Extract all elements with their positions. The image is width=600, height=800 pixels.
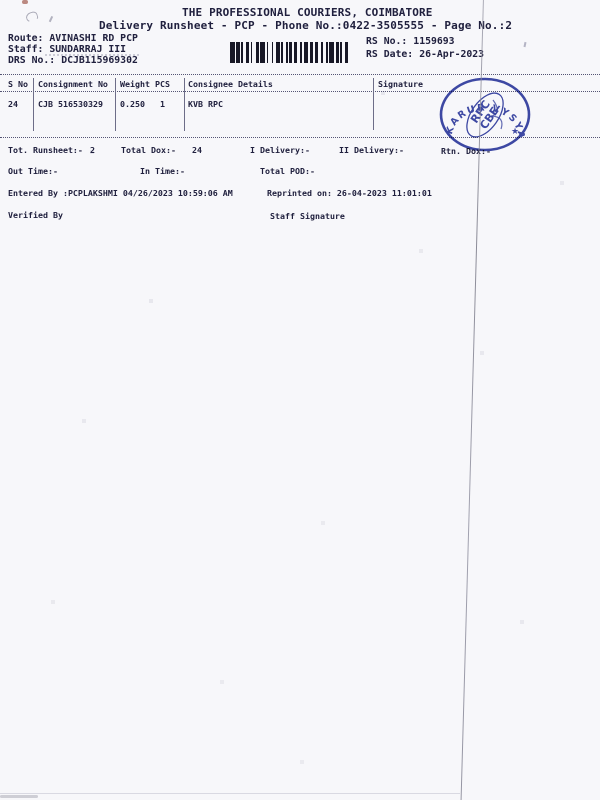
company-title: THE PROFESSIONAL COURIERS, COIMBATORE <box>182 7 433 18</box>
runsheet-subtitle: Delivery Runsheet - PCP - Phone No.:0422… <box>99 20 512 31</box>
col-header-s-no: S No <box>8 80 28 88</box>
route-value: AVINASHI RD PCP <box>49 33 137 44</box>
scan-bottom-smudge <box>0 795 38 798</box>
in-time-label: In Time:- <box>140 167 185 175</box>
scan-artifact-tick <box>49 16 53 22</box>
barcode-gap <box>348 42 350 63</box>
scan-bottom-edge <box>0 793 460 794</box>
col-header-consignee: Consignee Details <box>188 80 273 88</box>
bank-stamp: KARUR VYSYA BANK ★ RPC CBE <box>437 76 533 154</box>
route-label: Route: <box>8 33 43 44</box>
col-header-consignment: Consignment No <box>38 80 108 88</box>
scan-noise <box>0 0 2 2</box>
rs-date-line: RS Date:26-Apr-2023 <box>366 50 484 60</box>
rs-date-value: 26-Apr-2023 <box>419 49 484 60</box>
drs-line: DRS No.:DCJB115969302 <box>8 56 138 66</box>
row-s-no: 24 <box>8 100 18 108</box>
scan-artifact-apostrophe <box>523 42 526 47</box>
out-time-label: Out Time:- <box>8 167 58 175</box>
staff-label: Staff: <box>8 44 43 55</box>
consignment-barcode <box>230 42 350 63</box>
col-header-signature: Signature <box>378 80 423 88</box>
drs-label: DRS No.: <box>8 55 55 66</box>
staff-signature-label: Staff Signature <box>270 212 345 220</box>
separator-line-top <box>0 74 600 75</box>
rs-no-value: 1159693 <box>413 36 454 47</box>
scan-artifact-squiggle <box>25 10 40 24</box>
total-pod-label: Total POD:- <box>260 167 315 175</box>
total-dox-value: 24 <box>192 146 202 154</box>
route-line: Route:AVINASHI RD PCP <box>8 34 138 44</box>
i-delivery-label: I Delivery:- <box>250 146 310 154</box>
verified-by-label: Verified By <box>8 211 63 219</box>
row-pcs: 1 <box>160 100 165 108</box>
drs-value: DCJB115969302 <box>61 55 138 66</box>
col-header-pcs: PCS <box>155 80 170 88</box>
stamp-star-icon: ★ <box>511 127 519 137</box>
tot-runsheet-value: 2 <box>90 146 95 154</box>
tot-runsheet-label: Tot. Runsheet:- <box>8 146 83 154</box>
entered-by-text: Entered By :PCPLAKSHMI 04/26/2023 10:59:… <box>8 189 233 197</box>
reprinted-on-text: Reprinted on: 26-04-2023 11:01:01 <box>267 189 432 197</box>
ii-delivery-label: II Delivery:- <box>339 146 404 154</box>
col-header-weight: Weight <box>120 80 150 88</box>
row-consignment: CJB 516530329 <box>38 100 103 108</box>
scan-artifact-red-mark <box>22 0 28 4</box>
table-column-divider <box>115 78 116 131</box>
table-column-divider <box>33 78 34 131</box>
table-column-divider <box>184 78 185 131</box>
rs-no-line: RS No.:1159693 <box>366 37 455 47</box>
table-column-divider <box>373 78 374 130</box>
row-weight: 0.250 <box>120 100 145 108</box>
rs-date-label: RS Date: <box>366 49 413 60</box>
delivery-runsheet-document: THE PROFESSIONAL COURIERS, COIMBATORE De… <box>0 0 600 800</box>
row-consignee: KVB RPC <box>188 100 223 108</box>
rs-no-label: RS No.: <box>366 36 407 47</box>
total-dox-label: Total Dox:- <box>121 146 176 154</box>
